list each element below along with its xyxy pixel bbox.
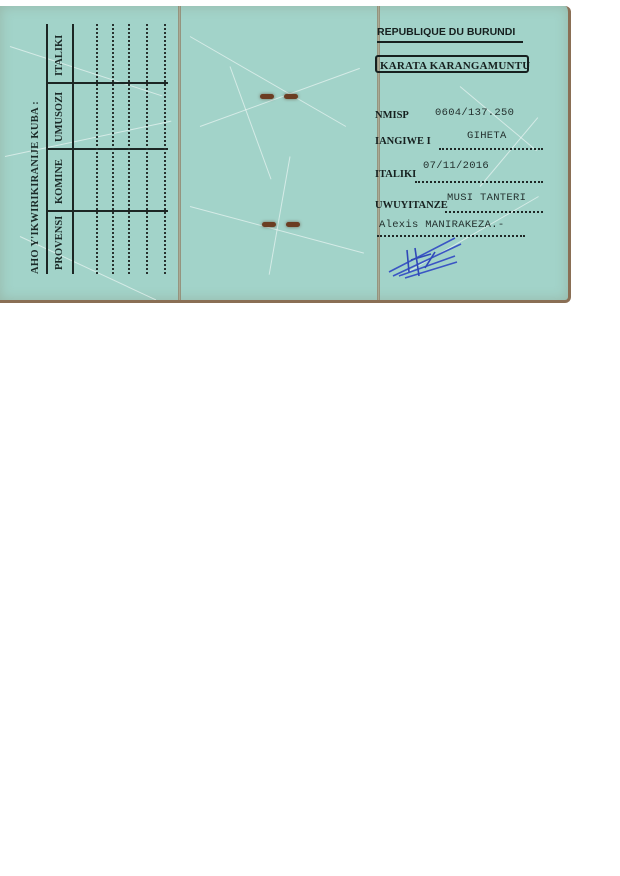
identity-panel: REPUBLIQUE DU BURUNDI KARATA KARANGAMUNT… [381,6,568,300]
table-dotted-row [164,24,166,274]
country-title: REPUBLIQUE DU BURUNDI [377,26,515,38]
dotted-line [445,211,543,213]
table-dotted-row [146,24,148,274]
field-value-nmisp: 0604/137.250 [435,107,514,119]
signature-icon [385,232,475,282]
dotted-line [415,181,543,183]
table-dotted-row [96,24,98,274]
address-history-panel: AHO Y'IKWIRIKIRANIJE KUBA : PROVENSI KOM… [0,6,180,300]
staple-mark [262,222,276,227]
address-table-heading: AHO Y'IKWIRIKIRANIJE KUBA : [30,24,41,274]
field-label-iangiwe: IANGIWE I [375,136,431,147]
column-komine: KOMINE [54,159,65,204]
field-value-italiki: 07/11/2016 [423,160,489,172]
address-table: AHO Y'IKWIRIKIRANIJE KUBA : PROVENSI KOM… [30,24,180,274]
column-separator [46,210,168,212]
staple-mark [284,94,298,99]
column-italiki: ITALIKI [54,35,65,76]
column-separator [46,148,168,150]
id-card: AHO Y'IKWIRIKIRANIJE KUBA : PROVENSI KOM… [0,6,571,303]
field-value-iangiwe: GIHETA [467,130,507,142]
field-label-nmisp: NMISP [375,110,409,121]
blank-center-panel [182,6,378,300]
card-title: KARATA KARANGAMUNTU [375,55,529,73]
issuer-name: Alexis MANIRAKEZA.- [379,219,504,231]
staple-mark [286,222,300,227]
table-dotted-row [128,24,130,274]
field-value-uwuyitanze: MUSI TANTERI [447,192,526,204]
field-label-uwuyitanze: UWUYITANZE [375,200,448,211]
dotted-line [439,148,543,150]
column-umusozi: UMUSOZI [54,92,65,142]
column-separator [46,82,168,84]
column-provensi: PROVENSI [54,216,65,270]
table-dotted-row [112,24,114,274]
staple-mark [260,94,274,99]
title-underline [377,41,523,43]
field-label-italiki: ITALIKI [375,169,416,180]
